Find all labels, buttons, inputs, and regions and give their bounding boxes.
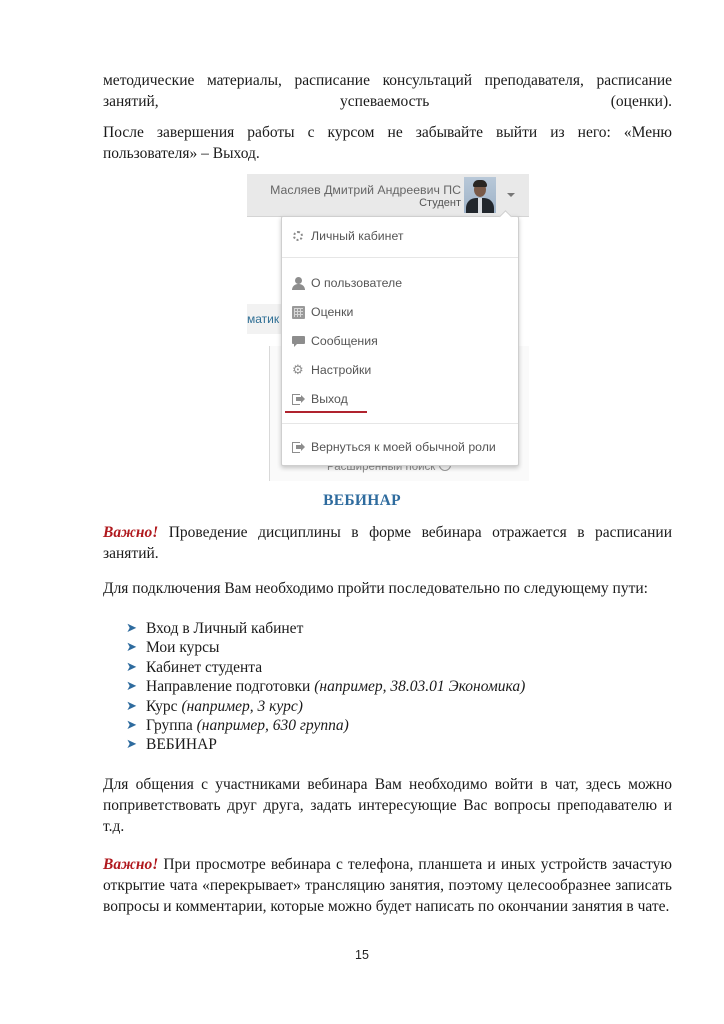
menu-divider bbox=[282, 257, 518, 258]
side-link-text: матик bbox=[247, 312, 279, 326]
path-step-text: Мои курсы bbox=[146, 639, 219, 656]
path-step: ➤Направление подготовки (например, 38.03… bbox=[126, 677, 525, 696]
user-menu-toggle[interactable]: Масляев Дмитрий Андреевич ПС Студент bbox=[247, 174, 529, 217]
user-icon bbox=[292, 277, 305, 290]
menu-item-dashboard[interactable]: Личный кабинет bbox=[292, 226, 404, 246]
dashboard-icon bbox=[292, 230, 305, 243]
user-name: Масляев Дмитрий Андреевич ПС bbox=[270, 183, 461, 197]
path-step-text: ВЕБИНАР bbox=[146, 736, 217, 753]
paragraph-mobile-warning: Важно! При просмотре вебинара с телефона… bbox=[103, 854, 672, 917]
arrowhead-bullet-icon: ➤ bbox=[126, 658, 137, 677]
paragraph-path-intro: Для подключения Вам необходимо пройти по… bbox=[103, 578, 672, 599]
path-step: ➤Курс (например, 3 курс) bbox=[126, 697, 525, 716]
arrowhead-bullet-icon: ➤ bbox=[126, 697, 137, 716]
arrowhead-bullet-icon: ➤ bbox=[126, 735, 137, 754]
paragraph-webinar-schedule: Важно! Проведение дисциплины в форме веб… bbox=[103, 522, 672, 564]
arrowhead-bullet-icon: ➤ bbox=[126, 638, 137, 657]
menu-item-label: О пользователе bbox=[311, 276, 402, 290]
paragraph-text: Проведение дисциплины в форме вебинара о… bbox=[103, 524, 672, 562]
avatar[interactable] bbox=[464, 177, 496, 213]
menu-item-grades[interactable]: Оценки bbox=[292, 302, 353, 322]
message-icon bbox=[292, 335, 305, 348]
menu-item-label: Вернуться к моей обычной роли bbox=[311, 440, 496, 454]
menu-item-label: Личный кабинет bbox=[311, 229, 404, 243]
path-step: ➤ВЕБИНАР bbox=[126, 735, 525, 754]
menu-item-settings[interactable]: ⚙ Настройки bbox=[292, 360, 371, 380]
gear-icon: ⚙ bbox=[292, 364, 305, 377]
menu-item-messages[interactable]: Сообщения bbox=[292, 331, 378, 351]
logout-highlight-underline bbox=[285, 411, 367, 413]
caret-down-icon[interactable] bbox=[507, 193, 515, 197]
menu-item-label: Настройки bbox=[311, 363, 371, 377]
user-menu-screenshot: матик Расширенный поиск Масляев Дмитрий … bbox=[247, 174, 529, 481]
path-step-example: (например, 630 группа) bbox=[197, 717, 349, 734]
path-step-text: Направление подготовки bbox=[146, 678, 314, 695]
path-step-text: Вход в Личный кабинет bbox=[146, 620, 303, 637]
menu-item-label: Оценки bbox=[311, 305, 353, 319]
document-page: методические материалы, расписание консу… bbox=[0, 0, 724, 1024]
path-step: ➤Мои курсы bbox=[126, 638, 525, 657]
arrowhead-bullet-icon: ➤ bbox=[126, 716, 137, 735]
side-link-fragment[interactable]: матик bbox=[247, 304, 281, 334]
logout-icon bbox=[292, 393, 305, 406]
path-step: ➤Кабинет студента bbox=[126, 658, 525, 677]
paragraph-chat: Для общения с участниками вебинара Вам н… bbox=[103, 774, 672, 837]
path-step: ➤Группа (например, 630 группа) bbox=[126, 716, 525, 735]
menu-item-logout[interactable]: Выход bbox=[292, 389, 348, 409]
path-step-text: Кабинет студента bbox=[146, 659, 262, 676]
menu-item-label: Сообщения bbox=[311, 334, 378, 348]
section-heading: ВЕБИНАР bbox=[0, 492, 724, 510]
path-step-example: (например, 38.03.01 Экономика) bbox=[314, 678, 525, 695]
menu-item-profile[interactable]: О пользователе bbox=[292, 273, 402, 293]
paragraph-logout: После завершения работы с курсом не забы… bbox=[103, 122, 672, 164]
important-label: Важно! bbox=[103, 856, 158, 873]
paragraph-intro: методические материалы, расписание консу… bbox=[103, 70, 672, 112]
path-step-text: Группа bbox=[146, 717, 197, 734]
page-number: 15 bbox=[0, 948, 724, 962]
important-label: Важно! bbox=[103, 524, 158, 541]
path-step-example: (например, 3 курс) bbox=[181, 698, 302, 715]
switch-role-icon bbox=[292, 441, 305, 454]
menu-item-label: Выход bbox=[311, 392, 348, 406]
user-dropdown-menu: Личный кабинет О пользователе Оценки Соо… bbox=[281, 216, 519, 466]
arrowhead-bullet-icon: ➤ bbox=[126, 677, 137, 696]
grades-icon bbox=[292, 306, 305, 319]
menu-divider bbox=[282, 423, 518, 424]
arrowhead-bullet-icon: ➤ bbox=[126, 619, 137, 638]
path-steps-list: ➤Вход в Личный кабинет➤Мои курсы➤Кабинет… bbox=[126, 619, 525, 755]
path-step-text: Курс bbox=[146, 698, 181, 715]
paragraph-text: При просмотре вебинара с телефона, планш… bbox=[103, 856, 672, 915]
menu-item-return-role[interactable]: Вернуться к моей обычной роли bbox=[292, 437, 496, 457]
user-role: Студент bbox=[419, 197, 461, 209]
path-step: ➤Вход в Личный кабинет bbox=[126, 619, 525, 638]
